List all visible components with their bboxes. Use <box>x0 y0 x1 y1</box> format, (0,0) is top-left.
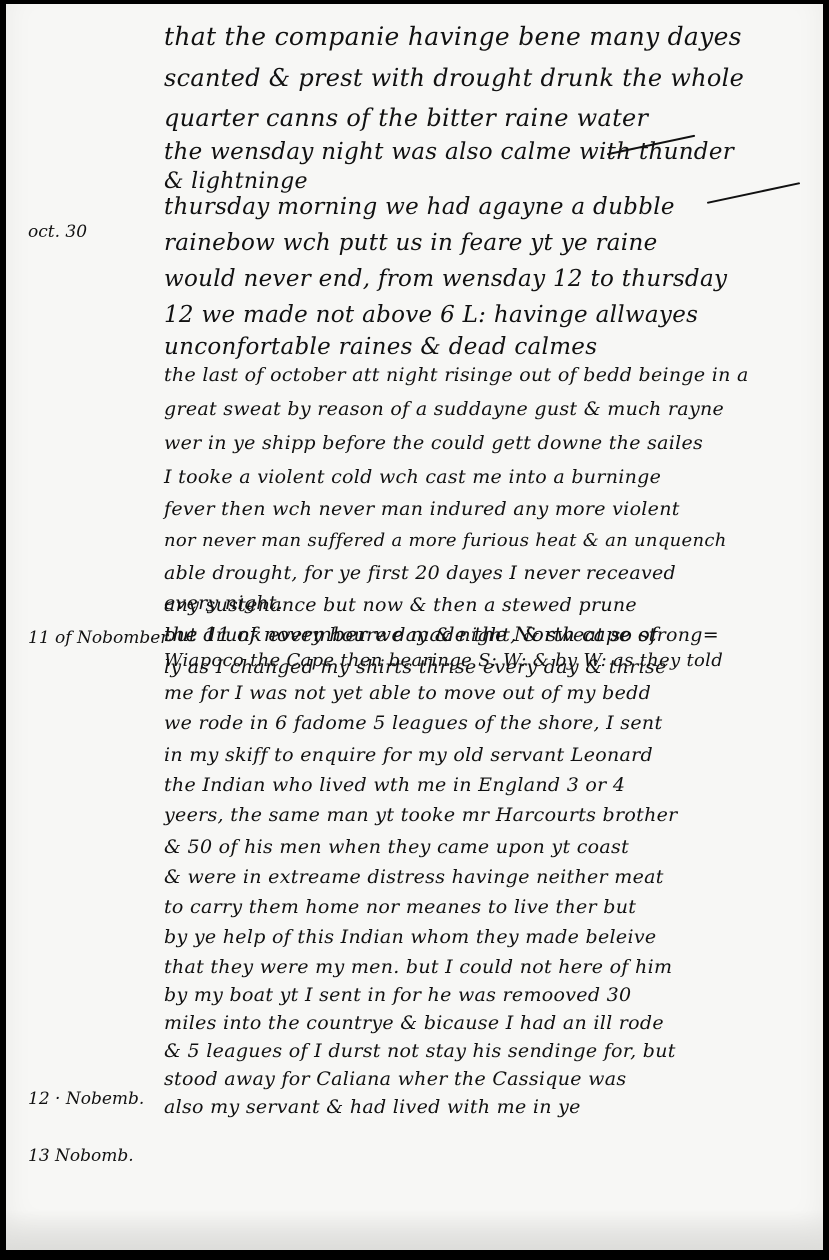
manuscript-line: thursday morning we had agayne a dubble <box>164 194 675 220</box>
manuscript-page: oct. 30 11 of Nobomber 12 · Nobemb. 13 N… <box>6 4 823 1250</box>
manuscript-line: quarter canns of the bitter raine water <box>164 104 648 132</box>
manuscript-line: nor never man suffered a more furious he… <box>164 530 727 551</box>
manuscript-line: that the companie havinge bene many daye… <box>164 22 742 51</box>
manuscript-line: great sweat by reason of a suddayne gust… <box>164 398 724 420</box>
manuscript-line: & lightninge <box>164 169 308 194</box>
manuscript-line: would never end, from wensday 12 to thur… <box>164 266 727 292</box>
manuscript-line: I tooke a violent cold wch cast me into … <box>164 466 661 488</box>
manuscript-line: but drunk every houre day & night, & swe… <box>164 624 719 646</box>
manuscript-line: scanted & prest with drought drunk the w… <box>164 64 744 92</box>
flourish-line <box>707 182 800 204</box>
manuscript-line: rainebow wch putt us in feare yt ye rain… <box>164 230 658 256</box>
manuscript-line: fever then wch never man indured any mor… <box>164 498 680 520</box>
manuscript-line: any sustenance but now & then a stewed p… <box>164 594 637 616</box>
manuscript-line: 12 we made not above 6 L: havinge allway… <box>164 302 698 328</box>
margin-note-nov-12: 12 · Nobemb. <box>28 1089 144 1109</box>
manuscript-line: able drought, for ye first 20 dayes I ne… <box>164 562 676 584</box>
manuscript-line: ly as I changed my shirts thrise every d… <box>164 656 667 678</box>
manuscript-line: the last of october att night risinge ou… <box>164 364 749 386</box>
margin-note-nov-13: 13 Nobomb. <box>28 1146 134 1166</box>
margin-note-nov-11: 11 of Nobomber <box>28 628 168 648</box>
manuscript-line: wer in ye shipp before the could gett do… <box>164 432 703 454</box>
manuscript-line: the wensday night was also calme with th… <box>164 139 734 165</box>
margin-note-oct-30: oct. 30 <box>28 222 87 242</box>
manuscript-line: unconfortable raines & dead calmes <box>164 334 597 360</box>
